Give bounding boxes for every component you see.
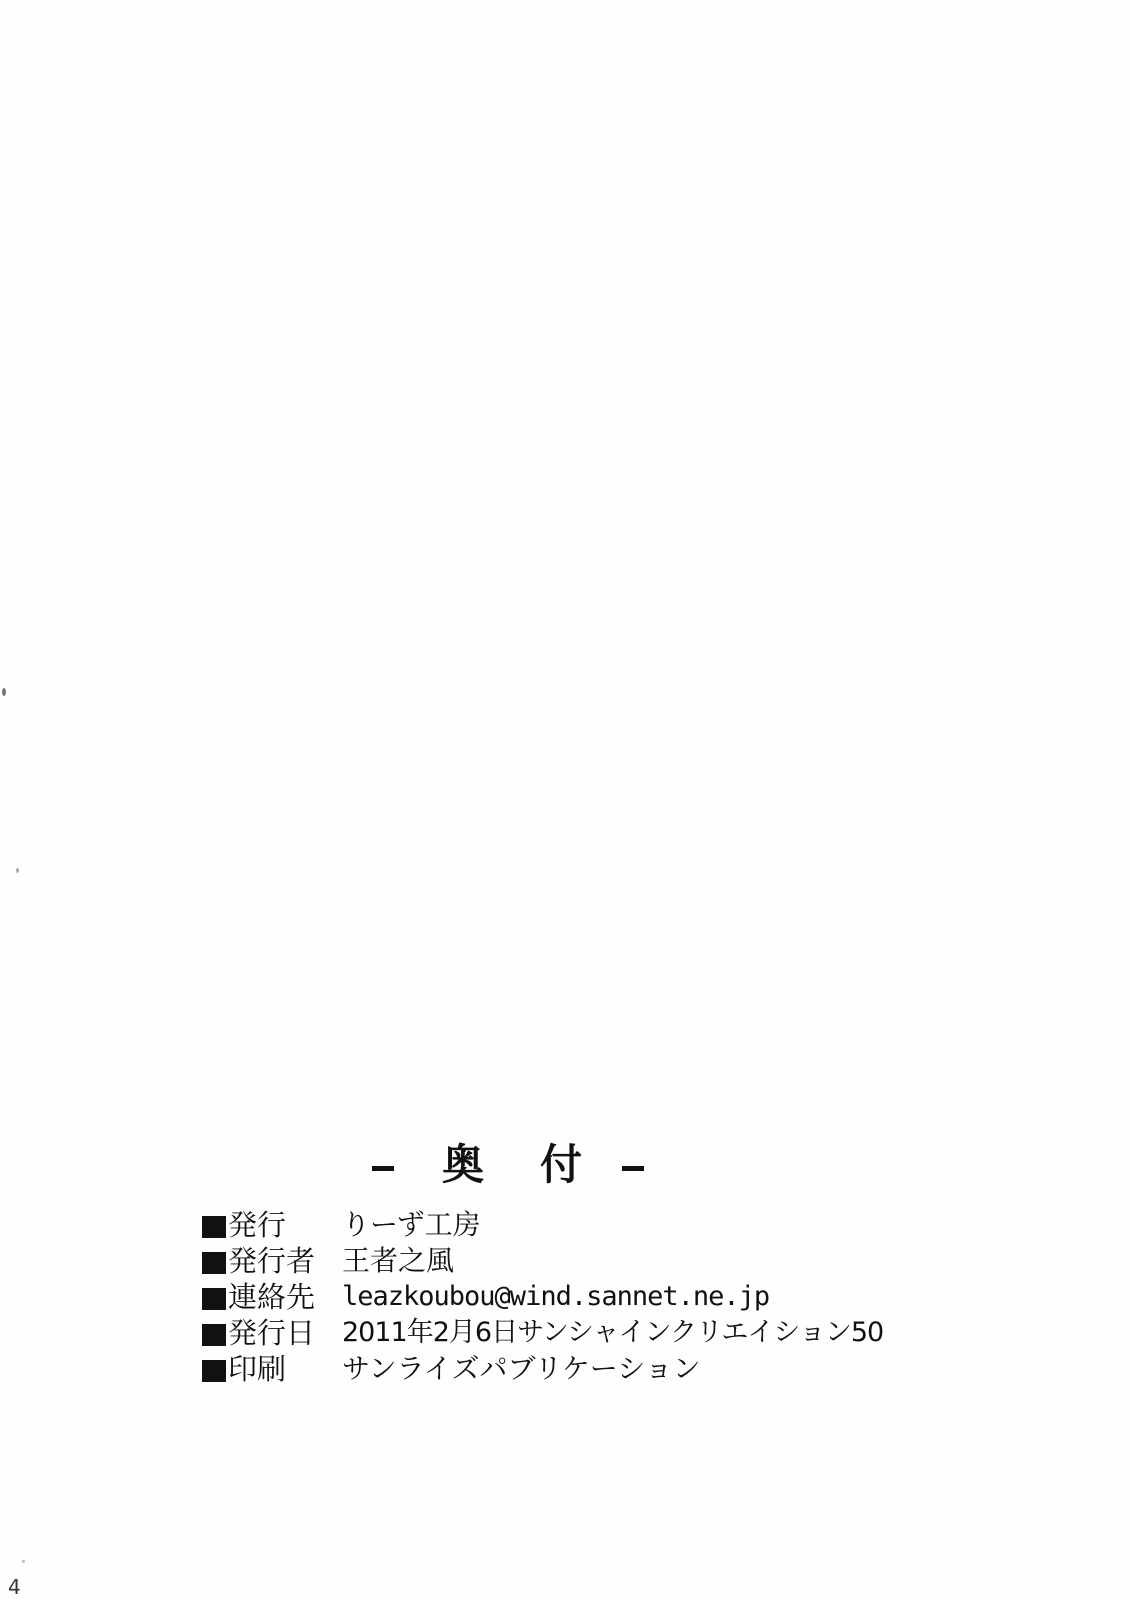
title-char-2: 付 [540,1140,582,1190]
title-char-1: 奥 [442,1140,484,1190]
scan-speck [16,868,19,873]
square-bullet-icon [202,1360,226,1382]
entry-value: りーず工房 [342,1207,481,1243]
colophon-title: 奥 付 [360,1140,660,1190]
colophon-page: 奥 付 発行 りーず工房 発行者 王者之風 連絡先 leazkoubou@win… [0,0,1130,1600]
square-bullet-icon [202,1288,226,1310]
square-bullet-icon [202,1252,226,1274]
scan-speck [22,1560,25,1563]
title-dash-left [372,1166,394,1171]
entry-label: 印刷 [228,1351,286,1387]
colophon-entries: 発行 りーず工房 発行者 王者之風 連絡先 leazkoubou@wind.sa… [200,1207,1020,1387]
colophon-row-contact: 連絡先 leazkoubou@wind.sannet.ne.jp [200,1279,1020,1315]
scan-speck [2,688,6,696]
entry-label: 発行日 [228,1315,315,1351]
colophon-row-printer: 印刷 サンライズパブリケーション [200,1351,1020,1387]
contact-email[interactable]: leazkoubou@wind.sannet.ne.jp [342,1279,769,1315]
colophon-row-date: 発行日 2011年2月6日サンシャインクリエイション50 [200,1315,1020,1351]
entry-label: 発行者 [228,1243,315,1279]
entry-label: 連絡先 [228,1279,315,1315]
page-number: 4 [8,1575,21,1599]
entry-value: 王者之風 [342,1243,454,1279]
title-dash-right [622,1166,644,1171]
entry-value: 2011年2月6日サンシャインクリエイション50 [342,1315,883,1351]
square-bullet-icon [202,1216,226,1238]
square-bullet-icon [202,1324,226,1346]
colophon-row-publisher: 発行 りーず工房 [200,1207,1020,1243]
entry-value: サンライズパブリケーション [342,1351,701,1387]
entry-label: 発行 [228,1207,286,1243]
colophon-row-author: 発行者 王者之風 [200,1243,1020,1279]
